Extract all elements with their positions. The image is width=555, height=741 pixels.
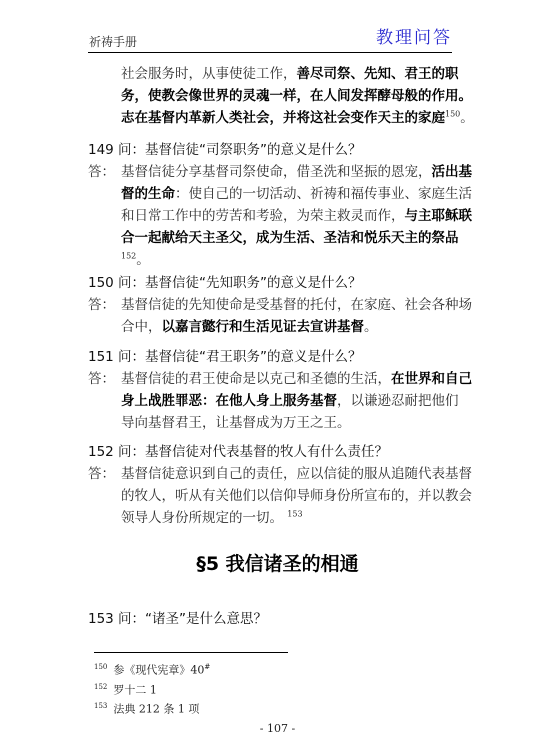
- footnote-text: 法典 212 条 1 项: [113, 703, 199, 716]
- answer-label: 答：: [88, 463, 115, 485]
- question-heading: 149 问：基督信徒“司祭职务”的意义是什么？: [88, 139, 488, 161]
- section-title: §5 我信诸圣的相通: [0, 549, 555, 576]
- text-bold: 与主耶稣联: [405, 208, 473, 224]
- question-heading-153: 153 问：“诸圣”是什么意思？: [88, 608, 488, 630]
- footnotes: 150参《现代宪章》40# 152罗十二 1 153法典 212 条 1 项: [94, 659, 216, 718]
- text-normal: 合中，: [121, 319, 162, 335]
- qa-150: 150 问：基督信徒“先知职务”的意义是什么？ 答： 基督信徒的先知使命是受基督…: [88, 272, 488, 338]
- footnote-ref: 152: [121, 252, 136, 261]
- answer-label: 答：: [88, 161, 115, 183]
- answer-text: 答： 基督信徒的君王使命是以克己和圣德的生活，在世界和自己 身上战胜罪恶：在他人…: [88, 368, 488, 434]
- text-bold: 督的生命: [121, 186, 175, 202]
- text-normal: 。: [136, 252, 150, 268]
- answer-label: 答：: [88, 294, 115, 316]
- qa-151: 151 问：基督信徒“君王职务”的意义是什么？ 答： 基督信徒的君王使命是以克己…: [88, 346, 488, 434]
- footnote-number: 150: [94, 663, 107, 671]
- question-heading: 150 问：基督信徒“先知职务”的意义是什么？: [88, 272, 488, 294]
- footnote-ref: 150: [445, 110, 460, 119]
- qa-152: 152 问：基督信徒对代表基督的牧人有什么责任？ 答： 基督信徒意识到自己的责任…: [88, 441, 488, 529]
- answer-text: 答： 基督信徒意识到自己的责任，应以信徒的服从追随代表基督 的牧人，听从有关他们…: [88, 463, 488, 529]
- footnote-item: 150参《现代宪章》40#: [94, 659, 216, 679]
- text-normal: 。: [460, 110, 474, 126]
- text-normal: ，以谦逊忍耐把他们: [337, 393, 459, 409]
- text-normal: 导向基督君王，让基督成为万王之王。: [121, 415, 351, 431]
- text-normal: 基督信徒分享基督司祭使命，借圣洗和坚振的恩宠，: [121, 164, 432, 180]
- text-normal: 和日常工作中的劳苦和考验，为荣主救灵而作，: [121, 208, 405, 224]
- text-normal: 社会服务时，从事使徒工作，: [121, 66, 297, 82]
- text-bold: 志在基督内革新人类社会，并将这社会变作天主的家庭: [121, 110, 445, 126]
- qa-149: 149 问：基督信徒“司祭职务”的意义是什么？ 答： 基督信徒分享基督司祭使命，…: [88, 139, 488, 271]
- answer-text: 答： 基督信徒分享基督司祭使命，借圣洗和坚振的恩宠，活出基 督的生命：使自己的一…: [88, 161, 488, 271]
- footnote-number: 153: [94, 702, 107, 710]
- text-normal: 的牧人，听从有关他们以信仰导师身份所宣布的，并以教会: [121, 488, 472, 504]
- footnote-item: 152罗十二 1: [94, 679, 216, 699]
- text-bold: 合一起献给天主圣父，成为生活、圣洁和悦乐天主的祭品: [121, 230, 459, 246]
- footnote-divider: [94, 652, 288, 653]
- question-heading: 151 问：基督信徒“君王职务”的意义是什么？: [88, 346, 488, 368]
- question-heading: 152 问：基督信徒对代表基督的牧人有什么责任？: [88, 441, 488, 463]
- text-bold: 以嘉言懿行和生活见证去宣讲基督: [162, 319, 365, 335]
- text-normal: 基督信徒的君王使命是以克己和圣德的生活，: [121, 371, 391, 387]
- text-normal: 领导人身份所规定的一切。: [121, 510, 283, 526]
- footnote-ref: 153: [287, 510, 302, 519]
- footnote-text: 参《现代宪章》40: [113, 664, 204, 677]
- page-number: - 107 -: [0, 722, 555, 735]
- text-bold: 务，使教会像世界的灵魂一样，在人间发挥酵母般的作用。: [121, 88, 472, 104]
- answer-label: 答：: [88, 368, 115, 390]
- text-bold: 善尽司祭、先知、君王的职: [297, 66, 459, 82]
- text-normal: ：使自己的一切活动、祈祷和福传事业、家庭生活: [175, 186, 472, 202]
- footnote-mark: #: [204, 663, 210, 671]
- footnote-text: 罗十二 1: [113, 683, 157, 696]
- text-normal: 基督信徒的先知使命是受基督的托付，在家庭、社会各种场: [121, 297, 472, 313]
- document-page: 祈祷手册 教理问答 社会服务时，从事使徒工作，善尽司祭、先知、君王的职 务，使教…: [0, 0, 555, 741]
- book-title: 祈祷手册: [89, 33, 137, 50]
- answer-text: 答： 基督信徒的先知使命是受基督的托付，在家庭、社会各种场 合中，以嘉言懿行和生…: [88, 294, 488, 338]
- text-normal: 基督信徒意识到自己的责任，应以信徒的服从追随代表基督: [121, 466, 472, 482]
- page-header: 祈祷手册 教理问答: [88, 28, 452, 53]
- footnote-item: 153法典 212 条 1 项: [94, 698, 216, 718]
- text-bold: 在世界和自己: [391, 371, 472, 387]
- text-bold: 身上战胜罪恶：在他人身上服务基督: [121, 393, 337, 409]
- text-normal: 。: [364, 319, 378, 335]
- chapter-title: 教理问答: [376, 23, 452, 48]
- continuation-paragraph: 社会服务时，从事使徒工作，善尽司祭、先知、君王的职 务，使教会像世界的灵魂一样，…: [88, 63, 521, 129]
- text-bold: 活出基: [432, 164, 473, 180]
- footnote-number: 152: [94, 683, 107, 691]
